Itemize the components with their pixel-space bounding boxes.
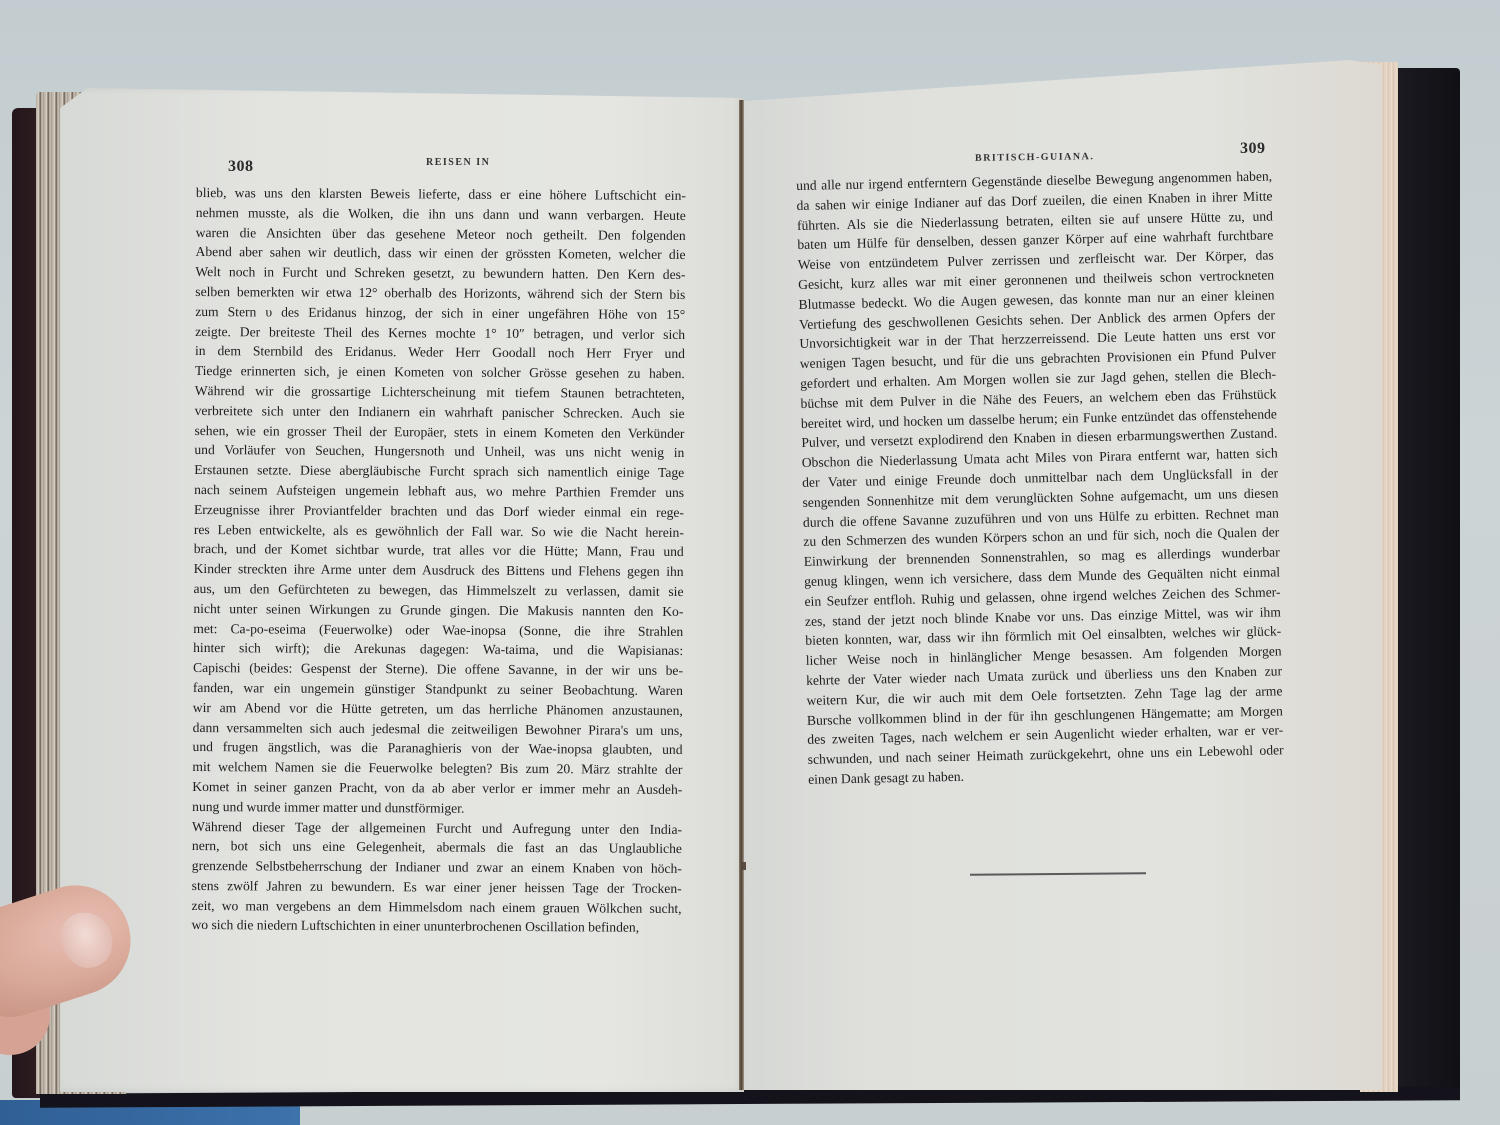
left-page-body: blieb, was uns den klarsten Beweis liefe… xyxy=(191,183,686,938)
text-line: nach seinem Aufsteigen ungemein lebhaft … xyxy=(194,480,684,503)
book-gutter xyxy=(739,100,744,1090)
text-line: zum Stern υ des Eridanus hinzog, der sic… xyxy=(195,302,685,325)
text-line: stens zwölf Jahren zu bewundern. Es war … xyxy=(192,876,682,899)
text-line: Komet in seiner ganzen Pracht, von da ab… xyxy=(192,777,682,800)
text-line: Erzeugnisse ihrer Proviantfelder brachte… xyxy=(194,500,684,523)
text-line: verbreitete sich unter den Indianern ein… xyxy=(195,401,685,424)
text-line: selben bemerkten wir etwa 12° oberhalb d… xyxy=(195,282,685,305)
text-line: nung und wurde immer matter und dunstför… xyxy=(192,797,682,820)
text-line: blieb, was uns den klarsten Beweis liefe… xyxy=(196,183,686,206)
right-page-number: 309 xyxy=(1240,140,1266,158)
right-page-body: und alle nur irgend entferntern Gegenstä… xyxy=(796,166,1284,789)
book-cover-right xyxy=(1390,68,1460,1098)
text-line: aus, um den Gefürchteten zu bewegen, das… xyxy=(193,579,683,602)
text-line: nicht unter seinen Wirkungen zu Grunde g… xyxy=(193,599,683,622)
left-page-number: 308 xyxy=(228,158,254,176)
left-running-head: REISEN IN xyxy=(426,157,490,168)
text-line: Während wir die grossartige Lichterschei… xyxy=(195,381,685,404)
text-line: nehmen musste, als die Wolken, die ihn u… xyxy=(196,203,686,226)
text-line: wo sich die niedern Luftschichten in ein… xyxy=(191,915,681,938)
text-line: wir am Abend vor die Hütte getreten, um … xyxy=(193,698,683,721)
text-line: fanden, war ein ungemein günstiger Stand… xyxy=(193,678,683,701)
gutter-mark xyxy=(742,862,746,870)
right-running-head: BRITISCH-GUIANA. xyxy=(975,151,1094,164)
